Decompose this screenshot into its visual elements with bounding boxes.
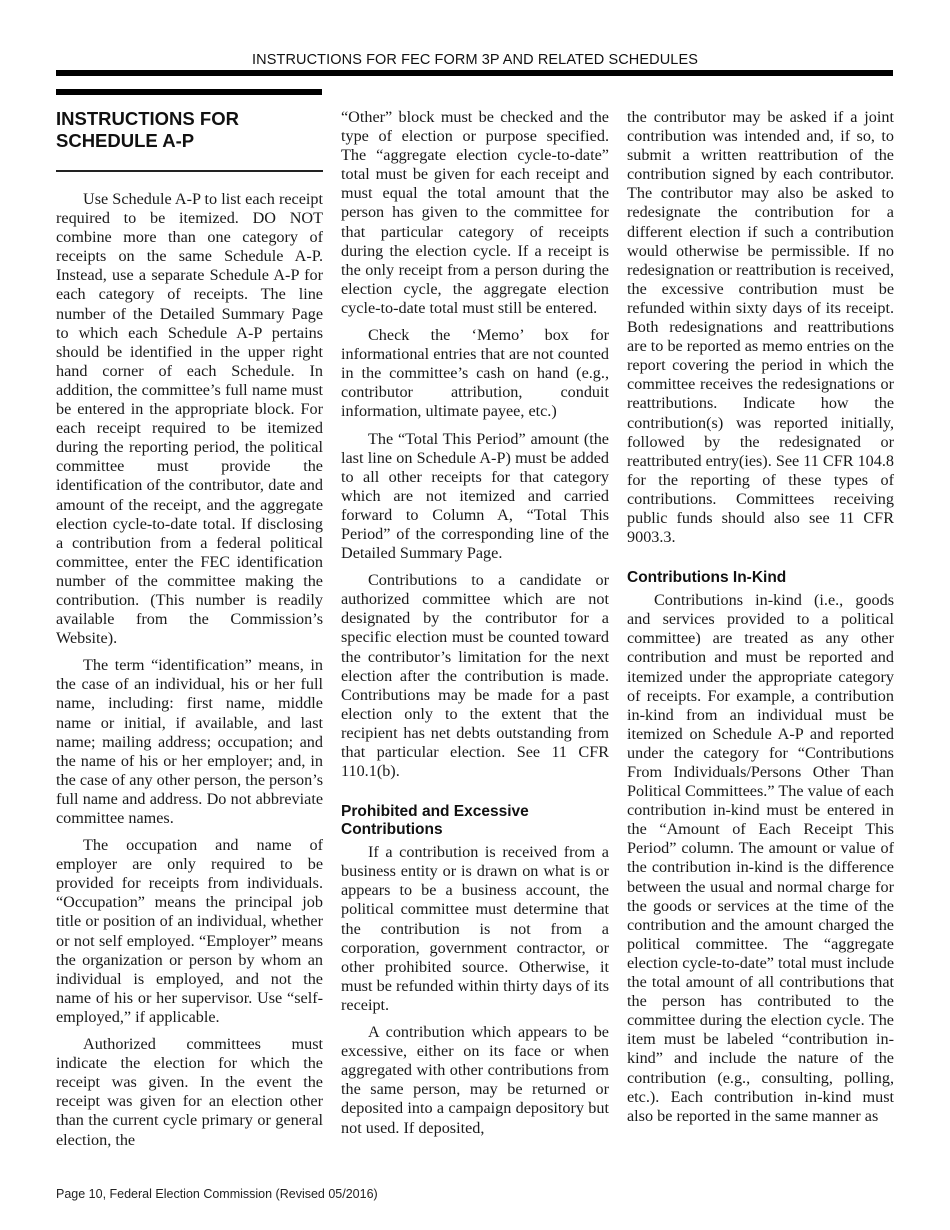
paragraph: the contributor may be asked if a joint …: [627, 108, 894, 547]
paragraph: If a contribution is received from a bus…: [341, 843, 609, 1015]
column-3: the contributor may be asked if a joint …: [627, 108, 894, 1134]
paragraph: The “Total This Period” amount (the last…: [341, 430, 609, 564]
section-heading: Prohibited and Excessive Contributions: [341, 803, 609, 839]
column-2: “Other” block must be checked and the ty…: [341, 108, 609, 1146]
page-footer: Page 10, Federal Election Commission (Re…: [56, 1187, 378, 1201]
page-title: INSTRUCTIONS FOR SCHEDULE A-P: [56, 108, 323, 152]
paragraph: Contributions to a candidate or authoriz…: [341, 571, 609, 781]
paragraph: Authorized committees must indicate the …: [56, 1035, 323, 1150]
paragraph: The occupation and name of employer are …: [56, 836, 323, 1027]
paragraph: A contribution which appears to be exces…: [341, 1023, 609, 1138]
column-rule-divider: [56, 89, 322, 95]
section-heading: Contributions In-Kind: [627, 569, 894, 587]
paragraph: The term “identification” means, in the …: [56, 656, 323, 828]
paragraph: Contributions in-kind (i.e., goods and s…: [627, 591, 894, 1126]
paragraph: Check the ‘Memo’ box for informational e…: [341, 326, 609, 421]
paragraph: Use Schedule A-P to list each receipt re…: [56, 190, 323, 648]
paragraph: “Other” block must be checked and the ty…: [341, 108, 609, 318]
title-rule-divider: [56, 170, 323, 172]
column-1: INSTRUCTIONS FOR SCHEDULE A-P Use Schedu…: [56, 108, 323, 1158]
top-rule-divider: [56, 70, 893, 76]
running-head: INSTRUCTIONS FOR FEC FORM 3P AND RELATED…: [56, 52, 894, 68]
